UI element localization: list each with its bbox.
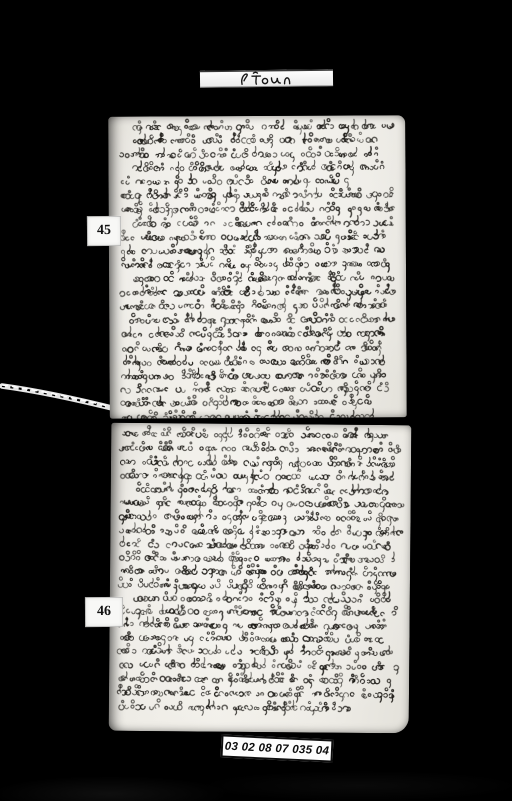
page-number-45: 45 [87, 216, 121, 246]
handwritten-title-strokes [234, 70, 298, 87]
title-label [200, 69, 333, 88]
manuscript-photo: 45 46 03 02 08 07 035 04 [0, 0, 512, 801]
archive-code-label: 03 02 08 07 035 04 [221, 734, 334, 762]
handwriting-page-46 [109, 423, 412, 734]
handwriting-page-45 [108, 115, 407, 419]
page-number-46: 46 [85, 597, 123, 627]
binding-thread [0, 372, 126, 422]
scan-noise [0, 752, 512, 801]
manuscript-page-46 [109, 423, 412, 734]
manuscript-page-45 [108, 115, 407, 419]
